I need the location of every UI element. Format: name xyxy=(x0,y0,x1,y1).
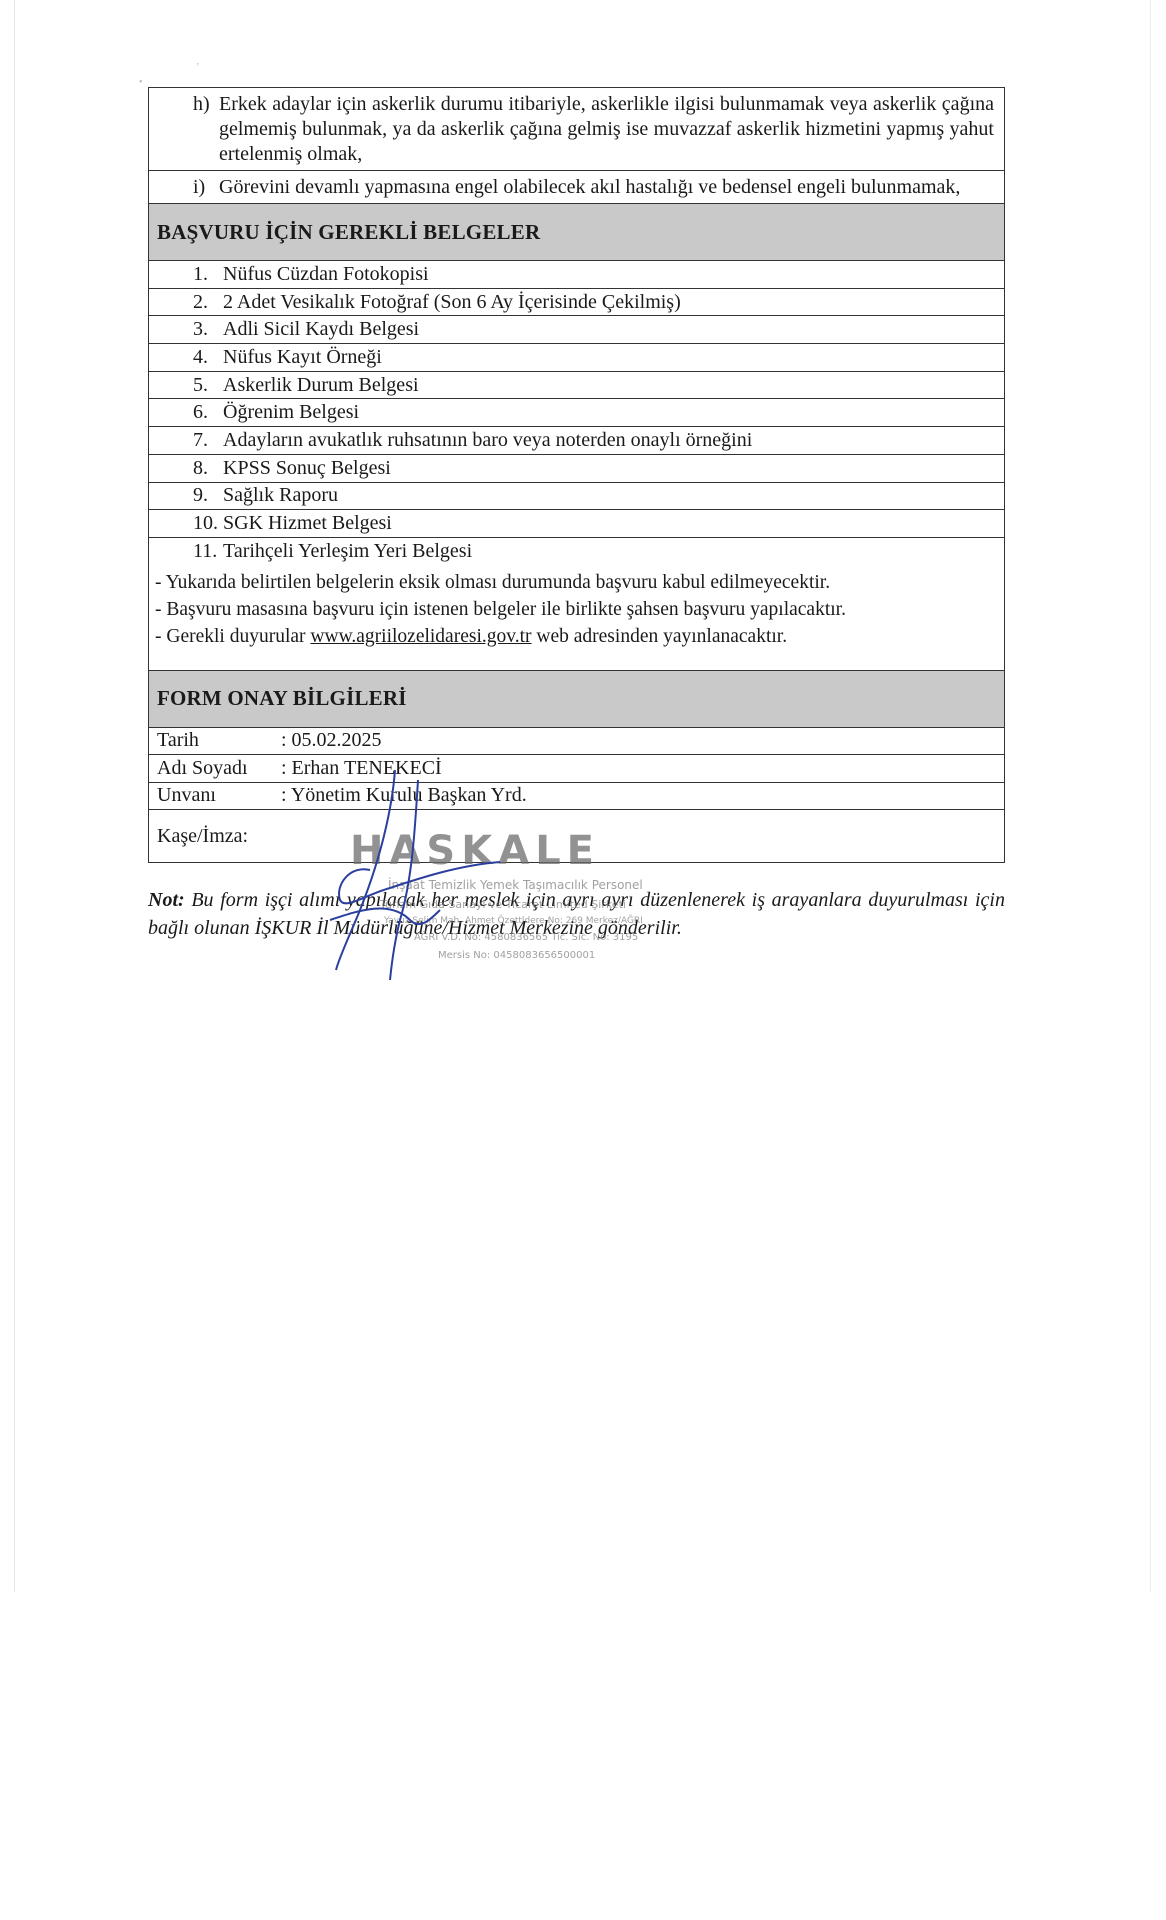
document-list-item: 2.2 Adet Vesikalık Fotoğraf (Son 6 Ay İç… xyxy=(149,289,1004,317)
scan-speck: • xyxy=(139,77,143,88)
document-number: 5. xyxy=(193,374,223,397)
note-line-announcements: - Gerekli duyurular www.agriilozelidares… xyxy=(155,623,998,650)
date-value: : 05.02.2025 xyxy=(281,729,382,752)
application-notes: - Yukarıda belirtilen belgelerin eksik o… xyxy=(149,566,1004,671)
name-value: : Erhan TENEKECİ xyxy=(281,757,442,780)
note-line: - Yukarıda belirtilen belgelerin eksik o… xyxy=(155,569,998,596)
document-number: 8. xyxy=(193,457,223,480)
document-list-item: 6.Öğrenim Belgesi xyxy=(149,399,1004,427)
document-list-item: 8.KPSS Sonuç Belgesi xyxy=(149,455,1004,483)
document-name: Askerlik Durum Belgesi xyxy=(223,374,419,397)
document-number: 9. xyxy=(193,484,223,507)
approval-name-row: Adı Soyadı : Erhan TENEKECİ xyxy=(149,755,1004,783)
footnote-text: Bu form işçi alımı yapılacak her meslek … xyxy=(148,889,1005,939)
condition-label: h) xyxy=(193,92,219,167)
document-list-item: 10.SGK Hizmet Belgesi xyxy=(149,510,1004,538)
document-number: 1. xyxy=(193,263,223,286)
approval-date-row: Tarih : 05.02.2025 xyxy=(149,728,1004,756)
condition-row-h: h) Erkek adaylar için askerlik durumu it… xyxy=(149,88,1004,171)
document-name: Adli Sicil Kaydı Belgesi xyxy=(223,318,419,341)
approval-stamp-row: Kaşe/İmza: xyxy=(149,810,1004,862)
document-name: Öğrenim Belgesi xyxy=(223,401,359,424)
document-name: Nüfus Cüzdan Fotokopisi xyxy=(223,263,429,286)
document-number: 10. xyxy=(193,512,223,535)
document-list-item: 11.Tarihçeli Yerleşim Yeri Belgesi xyxy=(149,538,1004,566)
document-list-item: 9.Sağlık Raporu xyxy=(149,483,1004,511)
required-documents-list: 1.Nüfus Cüzdan Fotokopisi2.2 Adet Vesika… xyxy=(149,261,1004,566)
document-name: SGK Hizmet Belgesi xyxy=(223,512,392,535)
document-name: Nüfus Kayıt Örneği xyxy=(223,346,382,369)
document-number: 4. xyxy=(193,346,223,369)
document-name: KPSS Sonuç Belgesi xyxy=(223,457,391,480)
application-form-table: h) Erkek adaylar için askerlik durumu it… xyxy=(148,87,1005,863)
required-documents-header: BAŞVURU İÇİN GEREKLİ BELGELER xyxy=(149,204,1004,261)
scan-page-edge-right xyxy=(1150,0,1151,1592)
scan-page-edge-left xyxy=(14,0,15,1592)
document-list-item: 7.Adayların avukatlık ruhsatının baro ve… xyxy=(149,427,1004,455)
condition-text: Erkek adaylar için askerlik durumu itiba… xyxy=(219,92,994,167)
title-value: : Yönetim Kurulu Başkan Yrd. xyxy=(281,784,527,807)
scan-speck: ʼ xyxy=(196,62,199,73)
document-name: 2 Adet Vesikalık Fotoğraf (Son 6 Ay İçer… xyxy=(223,291,681,314)
stamp-line: Mersis No: 0458083656500001 xyxy=(438,950,595,961)
document-name: Tarihçeli Yerleşim Yeri Belgesi xyxy=(223,540,472,563)
footnote-label: Not: xyxy=(148,889,185,911)
title-label: Unvanı xyxy=(157,784,281,807)
document-list-item: 1.Nüfus Cüzdan Fotokopisi xyxy=(149,261,1004,289)
document-number: 3. xyxy=(193,318,223,341)
form-approval-header: FORM ONAY BİLGİLERİ xyxy=(149,671,1004,728)
document-name: Adayların avukatlık ruhsatının baro veya… xyxy=(223,429,752,452)
date-label: Tarih xyxy=(157,729,281,752)
condition-row-i: i) Görevini devamlı yapmasına engel olab… xyxy=(149,171,1004,204)
approval-title-row: Unvanı : Yönetim Kurulu Başkan Yrd. xyxy=(149,783,1004,811)
condition-label: i) xyxy=(193,175,219,200)
announce-suffix: web adresinden yayınlanacaktır. xyxy=(532,626,788,647)
document-number: 2. xyxy=(193,291,223,314)
document-list-item: 3.Adli Sicil Kaydı Belgesi xyxy=(149,316,1004,344)
footnote: Not: Bu form işçi alımı yapılacak her me… xyxy=(148,886,1005,942)
stamp-signature-label: Kaşe/İmza: xyxy=(157,825,248,848)
document-number: 6. xyxy=(193,401,223,424)
document-number: 11. xyxy=(193,540,223,563)
document-list-item: 4.Nüfus Kayıt Örneği xyxy=(149,344,1004,372)
website-link[interactable]: www.agriilozelidaresi.gov.tr xyxy=(310,626,531,647)
document-list-item: 5.Askerlik Durum Belgesi xyxy=(149,372,1004,400)
condition-text: Görevini devamlı yapmasına engel olabile… xyxy=(219,175,994,200)
document-number: 7. xyxy=(193,429,223,452)
name-label: Adı Soyadı xyxy=(157,757,281,780)
document-name: Sağlık Raporu xyxy=(223,484,338,507)
note-line: - Başvuru masasına başvuru için istenen … xyxy=(155,596,998,623)
announce-prefix: - Gerekli duyurular xyxy=(155,626,310,647)
